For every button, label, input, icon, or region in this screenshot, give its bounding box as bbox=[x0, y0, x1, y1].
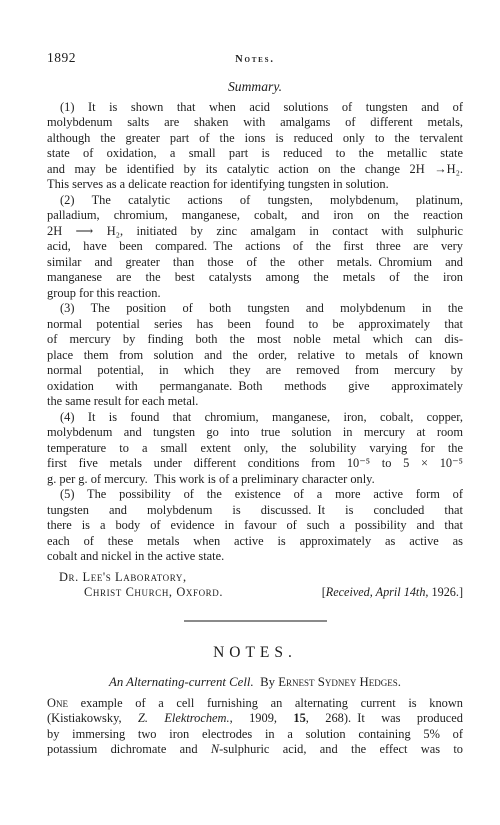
text-line: there is a body of evidence in favour of… bbox=[47, 518, 463, 534]
text-line: (3) The position of both tungsten and mo… bbox=[47, 301, 463, 317]
section-divider-rule bbox=[184, 620, 327, 622]
text-segment: example of a cell furnishing an alternat… bbox=[68, 696, 463, 710]
signature-row: Christ Church, Oxford. [Received, April … bbox=[47, 585, 463, 601]
text-line: oxidation with permanganate. Both method… bbox=[47, 379, 463, 395]
text-line: (2) The catalytic actions of tungsten, m… bbox=[47, 193, 463, 209]
text-line: the same result for each metal. bbox=[47, 394, 463, 410]
summary-paragraph-4: (4) It is found that chromium, manganese… bbox=[47, 410, 463, 488]
laboratory-name: Dr. Lee's Laboratory, bbox=[59, 570, 463, 586]
text-line: state of oxidation, a small part is redu… bbox=[47, 146, 463, 162]
text-segment: (Kistiakowsky, bbox=[47, 711, 138, 725]
text-segment: Received, April 14th, bbox=[326, 585, 429, 599]
text-line: (Kistiakowsky, Z. Elektrochem., 1909, 15… bbox=[47, 711, 463, 727]
summary-paragraph-1: (1) It is shown that when acid solutions… bbox=[47, 100, 463, 193]
text-segment: Ernest Sydney Hedges. bbox=[278, 675, 401, 689]
page-header: 1892 Notes. bbox=[47, 50, 463, 67]
text-segment: ne bbox=[56, 696, 68, 710]
text-line: although the greater part of the ions is… bbox=[47, 131, 463, 147]
text-segment: 15 bbox=[293, 711, 305, 725]
text-line: 2H ⟶ H₂, initiated by zinc amalgam in co… bbox=[47, 224, 463, 240]
text-line: palladium, chromium, manganese, cobalt, … bbox=[47, 208, 463, 224]
text-segment: potassium dichromate and bbox=[47, 742, 211, 756]
text-segment: , 268). It was produced bbox=[306, 711, 463, 725]
journal-page: 1892 Notes. Summary. (1) It is shown tha… bbox=[0, 0, 500, 825]
text-line: by immersing two iron electrodes in a so… bbox=[47, 727, 463, 743]
text-line: each of these metals when active is appr… bbox=[47, 534, 463, 550]
text-line: similar and greater than those of the ot… bbox=[47, 255, 463, 271]
text-segment: N bbox=[211, 742, 219, 756]
summary-paragraph-2: (2) The catalytic actions of tungsten, m… bbox=[47, 193, 463, 302]
text-line: first five metals under different condit… bbox=[47, 456, 463, 472]
summary-paragraph-3: (3) The position of both tungsten and mo… bbox=[47, 301, 463, 410]
text-line: of mercury by finding both the most nobl… bbox=[47, 332, 463, 348]
text-line: molybdenum salts are shaken with amalgam… bbox=[47, 115, 463, 131]
text-line: normal potential, in which they are remo… bbox=[47, 363, 463, 379]
text-segment: An Alternating-current Cell. bbox=[109, 675, 254, 689]
text-line: One example of a cell furnishing an alte… bbox=[47, 696, 463, 712]
article-title: An Alternating-current Cell. By Ernest S… bbox=[47, 675, 463, 691]
text-line: place them from solution and the order, … bbox=[47, 348, 463, 364]
text-line: This serves as a delicate reaction for i… bbox=[47, 177, 463, 193]
text-segment: 1926.] bbox=[428, 585, 463, 599]
institution-name: Christ Church, Oxford. bbox=[84, 585, 223, 601]
text-line: (4) It is found that chromium, manganese… bbox=[47, 410, 463, 426]
text-line: g. per g. of mercury. This work is of a … bbox=[47, 472, 463, 488]
text-segment: -sulphuric acid, and the effect was to bbox=[219, 742, 463, 756]
text-line: acid, have been compared. The actions of… bbox=[47, 239, 463, 255]
signature-block: Dr. Lee's Laboratory, Christ Church, Oxf… bbox=[47, 570, 463, 601]
text-line: cobalt and nickel in the active state. bbox=[47, 549, 463, 565]
text-line: tungsten and molybdenum is discussed. It… bbox=[47, 503, 463, 519]
text-segment: By bbox=[254, 675, 279, 689]
page-content: 1892 Notes. Summary. (1) It is shown tha… bbox=[47, 50, 463, 758]
text-line: group for this reaction. bbox=[47, 286, 463, 302]
text-segment: O bbox=[47, 696, 56, 710]
text-line: potassium dichromate and N-sulphuric aci… bbox=[47, 742, 463, 758]
text-line: and may be identified by its catalytic a… bbox=[47, 162, 463, 178]
notes-section-heading: NOTES. bbox=[47, 645, 463, 661]
text-line: (1) It is shown that when acid solutions… bbox=[47, 100, 463, 116]
text-line: (5) The possibility of the existence of … bbox=[47, 487, 463, 503]
text-line: normal potential series has been found t… bbox=[47, 317, 463, 333]
text-segment: Z. Elektrochem. bbox=[138, 711, 230, 725]
summary-heading: Summary. bbox=[47, 79, 463, 95]
text-line: temperature to a small extent only, the … bbox=[47, 441, 463, 457]
article-body-paragraph: One example of a cell furnishing an alte… bbox=[47, 696, 463, 758]
received-date: [Received, April 14th, 1926.] bbox=[322, 585, 463, 601]
text-segment: , 1909, bbox=[230, 711, 294, 725]
running-head: Notes. bbox=[47, 52, 463, 68]
summary-paragraph-5: (5) The possibility of the existence of … bbox=[47, 487, 463, 565]
text-line: molybdenum and tungsten go into true sol… bbox=[47, 425, 463, 441]
text-line: manganese are the best catalysts among t… bbox=[47, 270, 463, 286]
